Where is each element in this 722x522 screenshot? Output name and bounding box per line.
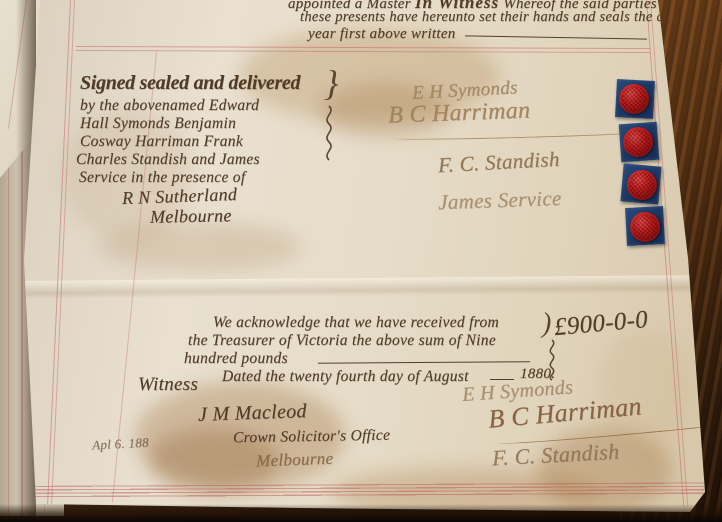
signature-service-upper: James Service	[438, 186, 562, 215]
attestation-line4: Charles Standish and James	[76, 151, 260, 169]
paren-mark: )	[542, 308, 551, 340]
pencil-note: Apl 6. 188	[92, 435, 150, 454]
place-line: Melbourne	[256, 449, 334, 472]
brace-mark: }	[324, 62, 338, 104]
closing-clause-line2: these presents have hereunto set their h…	[300, 9, 705, 26]
parchment-page: appointed a Master In Witness Whereof th…	[0, 0, 722, 522]
blank-filler-line	[465, 35, 647, 39]
receipt-line2: the Treasurer of Victoria the above sum …	[188, 332, 496, 350]
wax-wafer	[618, 83, 650, 115]
receipt-line1: We acknowledge that we have received fro…	[213, 314, 499, 332]
signature-standish-upper: F. C. Standish	[437, 147, 560, 178]
wax-seal-2	[619, 122, 660, 163]
wax-seal-3	[620, 163, 661, 204]
left-margin-rule	[47, 0, 75, 506]
attestation-line2: Hall Symonds Benjamin	[80, 115, 236, 133]
attestation-line1: by the abovenamed Edward	[80, 97, 259, 115]
wax-wafer	[622, 126, 654, 158]
ink-flourish	[320, 104, 338, 162]
blank-filler-line	[318, 361, 530, 363]
signature-harriman-upper: B C Harriman	[388, 98, 531, 130]
witness-label: Witness	[138, 374, 198, 396]
receipt-line3: hundred pounds	[184, 350, 288, 368]
wax-seal-1	[615, 79, 655, 119]
signature-flourish-line	[392, 129, 650, 142]
wax-wafer	[626, 169, 659, 202]
stain	[100, 222, 300, 272]
closing-clause-line3: year first above written	[308, 26, 456, 43]
office-line: Crown Solicitor's Office	[233, 427, 390, 448]
receipt-line4: Dated the twenty fourth day of August	[222, 368, 469, 386]
wax-seal-4	[625, 206, 665, 246]
bottom-page-edge-shadow	[0, 504, 722, 522]
wax-wafer	[629, 211, 661, 243]
signature-macleod: J M Macleod	[198, 400, 308, 427]
attestation-heading: Signed sealed and delivered	[80, 72, 300, 95]
witness-place: Melbourne	[150, 205, 232, 227]
attestation-line3: Cosway Harriman Frank	[80, 133, 243, 151]
top-horizontal-rule	[76, 46, 650, 53]
deed-photograph: appointed a Master In Witness Whereof th…	[0, 0, 722, 522]
fold-crease	[0, 275, 722, 299]
